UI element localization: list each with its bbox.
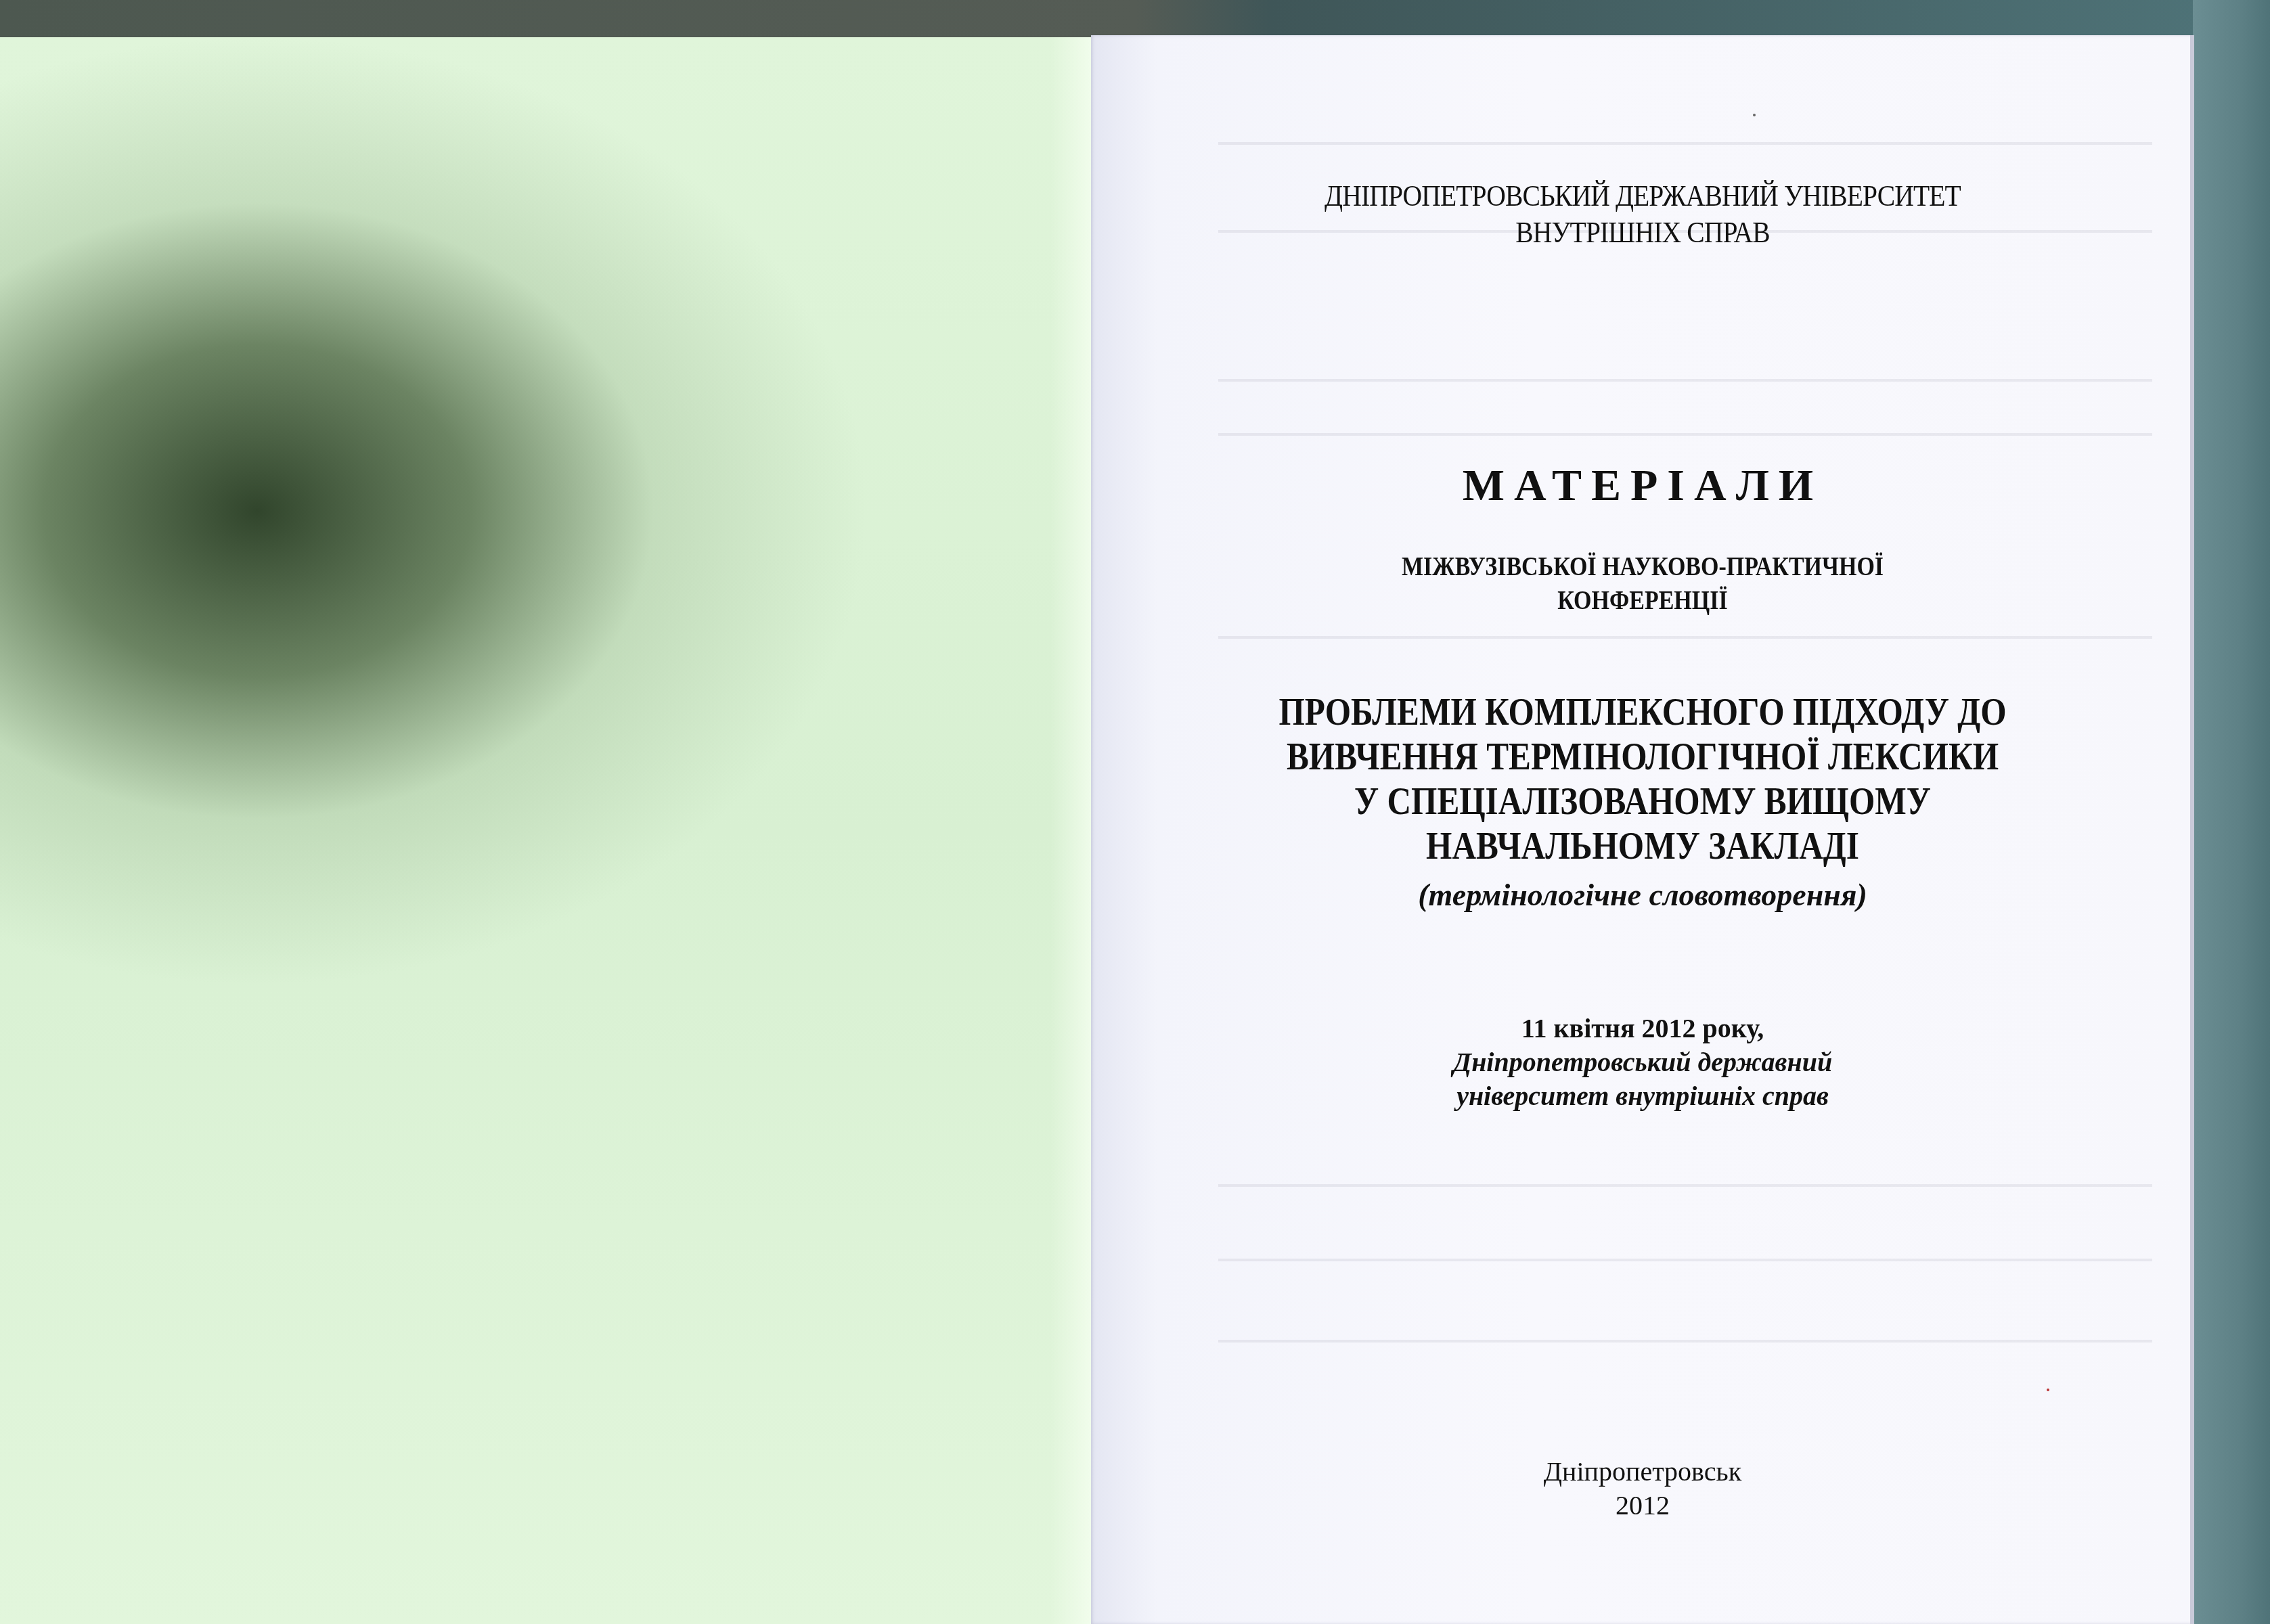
conference-subtitle: (термінологічне словотворення)	[1091, 877, 2194, 913]
show-through-line	[1218, 433, 2152, 436]
show-through-line	[1218, 142, 2152, 145]
event-venue-line-2: університет внутрішніх справ	[1091, 1079, 2194, 1113]
year: 2012	[1091, 1489, 2194, 1522]
imprint: Дніпропетровськ 2012	[1091, 1455, 2194, 1522]
event-date: 11 квітня 2012 року,	[1091, 1012, 2194, 1045]
show-through-line	[1218, 1184, 2152, 1187]
scan-background-top	[0, 0, 2270, 37]
show-through-line	[1218, 1340, 2152, 1343]
speck	[1753, 114, 1756, 116]
speck	[2047, 1389, 2049, 1391]
left-page-blurred	[0, 37, 1091, 1624]
show-through-line	[1218, 636, 2152, 639]
heading-materials: МАТЕРІАЛИ	[1091, 460, 2194, 512]
city: Дніпропетровськ	[1091, 1455, 2194, 1489]
event-venue-line-1: Дніпропетровський державний	[1091, 1045, 2194, 1079]
show-through-line	[1218, 1259, 2152, 1261]
scan-background-right	[2193, 0, 2270, 1624]
conference-type: МІЖВУЗІВСЬКОЇ НАУКОВО-ПРАКТИЧНОЇ КОНФЕРЕ…	[1174, 549, 2112, 617]
institution-name: ДНІПРОПЕТРОВСЬКИЙ ДЕРЖАВНИЙ УНІВЕРСИТЕТ …	[1157, 177, 2128, 250]
event-info: 11 квітня 2012 року, Дніпропетровський д…	[1091, 1012, 2194, 1113]
show-through-line	[1218, 379, 2152, 382]
conference-title: ПРОБЛЕМИ КОМПЛЕКСНОГО ПІДХОДУ ДО ВИВЧЕНН…	[1157, 690, 2128, 869]
